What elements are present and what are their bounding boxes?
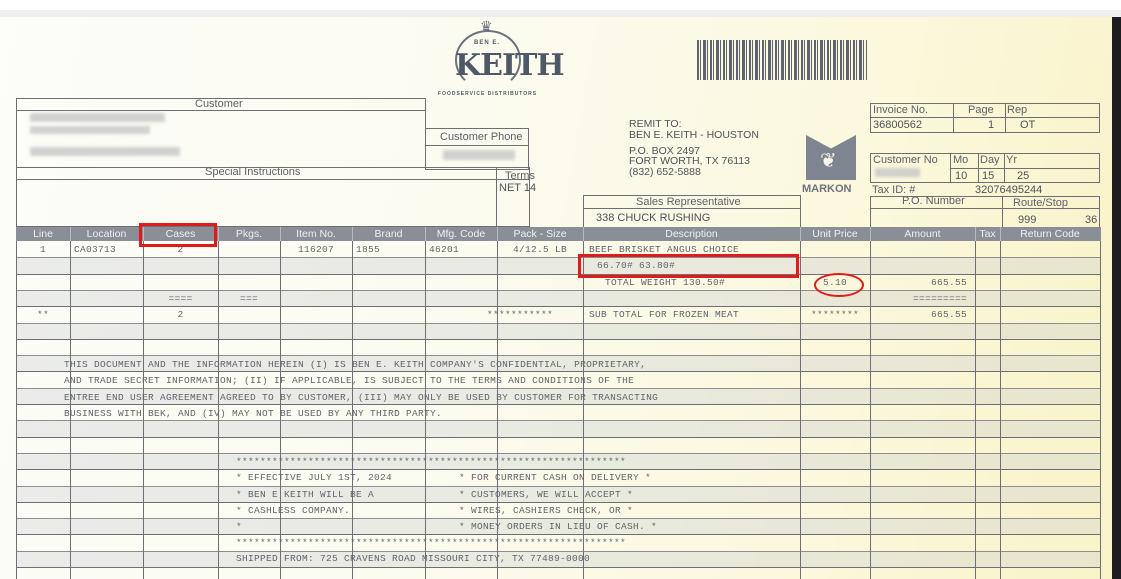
customer-name-redacted: [30, 113, 165, 122]
cashless-left-line: * EFFECTIVE JULY 1ST, 2024: [236, 472, 392, 483]
column-header: Line: [16, 227, 70, 241]
cashless-right-line: * WIRES, CASHIERS CHECK, OR *: [459, 505, 633, 516]
terms-label: Terms: [505, 170, 535, 182]
viewer-edge: [1112, 17, 1121, 579]
cell-description: SUB TOTAL FOR FROZEN MEAT: [589, 309, 739, 320]
weights-highlight-box: [578, 254, 799, 278]
year-label: Yr: [1006, 154, 1017, 166]
page-value: 1: [988, 119, 994, 131]
customer-label: Customer: [195, 98, 243, 110]
cases-highlight-box: [139, 223, 217, 247]
customer-address-redacted: [30, 126, 150, 134]
cell-location: CA03713: [74, 244, 116, 255]
cashless-left-line: * BEN E KEITH WILL BE A: [236, 489, 374, 500]
notice-line: THIS DOCUMENT AND THE INFORMATION HEREIN…: [64, 359, 646, 370]
rep-value: OT: [1020, 119, 1035, 131]
column-header: Mfg. Code: [425, 227, 497, 241]
markon-label: MARKON: [802, 183, 852, 195]
cashless-right-line: * FOR CURRENT CASH ON DELIVERY *: [459, 472, 651, 483]
notice-line: ENTREE END USER AGREEMENT AGREED TO BY C…: [64, 392, 658, 403]
month-label: Mo: [953, 154, 968, 166]
column-header: Brand: [352, 227, 425, 241]
customer-no-redacted: [875, 168, 920, 177]
invoice-no-label: Invoice No.: [873, 104, 928, 116]
cell-amount: 665.55: [870, 309, 967, 320]
stop-value: 36: [1085, 214, 1097, 226]
stars-line: ****************************************…: [236, 537, 626, 548]
rep-label: Rep: [1007, 104, 1027, 116]
cell-unit-price: ********: [800, 309, 870, 320]
column-header: Unit Price: [800, 227, 870, 241]
cell-pkgs: ===: [218, 293, 280, 304]
row-shade: [16, 420, 1101, 436]
column-header: Location: [70, 227, 143, 241]
shipped-from: SHIPPED FROM: 725 CRAVENS ROAD MISSOURI …: [236, 553, 590, 564]
logo-subtitle: FOODSERVICE DISTRIBUTORS: [438, 91, 537, 97]
page-label: Page: [968, 104, 994, 116]
notice-line: BUSINESS WITH BEK, AND (IV) MAY NOT BE U…: [64, 408, 442, 419]
cell-mfg-code: 46201: [429, 244, 459, 255]
column-header: Pkgs.: [218, 227, 280, 241]
unit-price-highlight-oval: [814, 273, 864, 297]
cell-amount: =========: [870, 293, 967, 304]
cell-cases: 2: [143, 309, 218, 320]
stars-line: ****************************************…: [236, 456, 626, 467]
cell-cases: ====: [143, 293, 218, 304]
sales-rep-label: Sales Representative: [636, 196, 741, 208]
cell-line: **: [16, 309, 70, 320]
cashless-left-line: *: [236, 521, 242, 532]
remit-company: BEN E. KEITH - HOUSTON: [629, 129, 759, 141]
tax-id-value: 32076495244: [975, 184, 1042, 196]
customer-phone-redacted: [443, 150, 515, 160]
customer-no-label: Customer No: [873, 154, 938, 166]
special-instructions-label: Special Instructions: [205, 166, 300, 178]
column-header: Item No.: [280, 227, 352, 241]
barcode: [697, 40, 867, 80]
top-strip: [0, 0, 1121, 10]
customer-city-redacted: [30, 147, 180, 156]
terms-value: NET 14: [499, 182, 536, 194]
cell-pack-size: 4/12.5 LB: [497, 244, 583, 255]
invoice-no-value: 36800562: [873, 119, 922, 131]
cell-brand: 1855: [356, 244, 380, 255]
cell-amount: 665.55: [870, 277, 967, 288]
cashless-right-line: * CUSTOMERS, WE WILL ACCEPT *: [459, 489, 633, 500]
column-header: Pack - Size: [497, 227, 583, 241]
route-value: 999: [1018, 214, 1036, 226]
po-number-label: P.O. Number: [902, 195, 965, 207]
logo-ben-text: BEN E.: [474, 40, 500, 46]
viewer-band: [0, 10, 1121, 17]
cell-line: 1: [16, 244, 70, 255]
cashless-left-line: * CASHLESS COMPANY.: [236, 505, 350, 516]
row-shade: [16, 257, 1101, 273]
notice-line: AND TRADE SECRET INFORMATION; (II) IF AP…: [64, 375, 634, 386]
leaf-icon: ❦: [820, 148, 837, 173]
route-stop-label: Route/Stop: [1013, 197, 1068, 209]
column-header: Tax: [975, 227, 1000, 241]
column-header: Return Code: [1000, 227, 1100, 241]
column-header: Amount: [870, 227, 975, 241]
cell-description: TOTAL WEIGHT 130.50#: [605, 277, 725, 288]
cell-item-no: 116207: [280, 244, 352, 255]
logo-keith-text: KEITH: [455, 48, 564, 83]
day-value: 15: [982, 170, 994, 182]
remit-phone: (832) 652-5888: [629, 166, 701, 178]
cell-mfg-code: ***********: [487, 309, 553, 320]
sales-rep-value: 338 CHUCK RUSHING: [596, 212, 710, 224]
column-header: Description: [583, 227, 800, 241]
month-value: 10: [955, 170, 967, 182]
cashless-right-line: * MONEY ORDERS IN LIEU OF CASH. *: [459, 521, 657, 532]
year-value: 25: [1017, 170, 1029, 182]
customer-phone-label: Customer Phone: [440, 131, 523, 143]
row-shade: [16, 323, 1101, 339]
day-label: Day: [980, 154, 1000, 166]
